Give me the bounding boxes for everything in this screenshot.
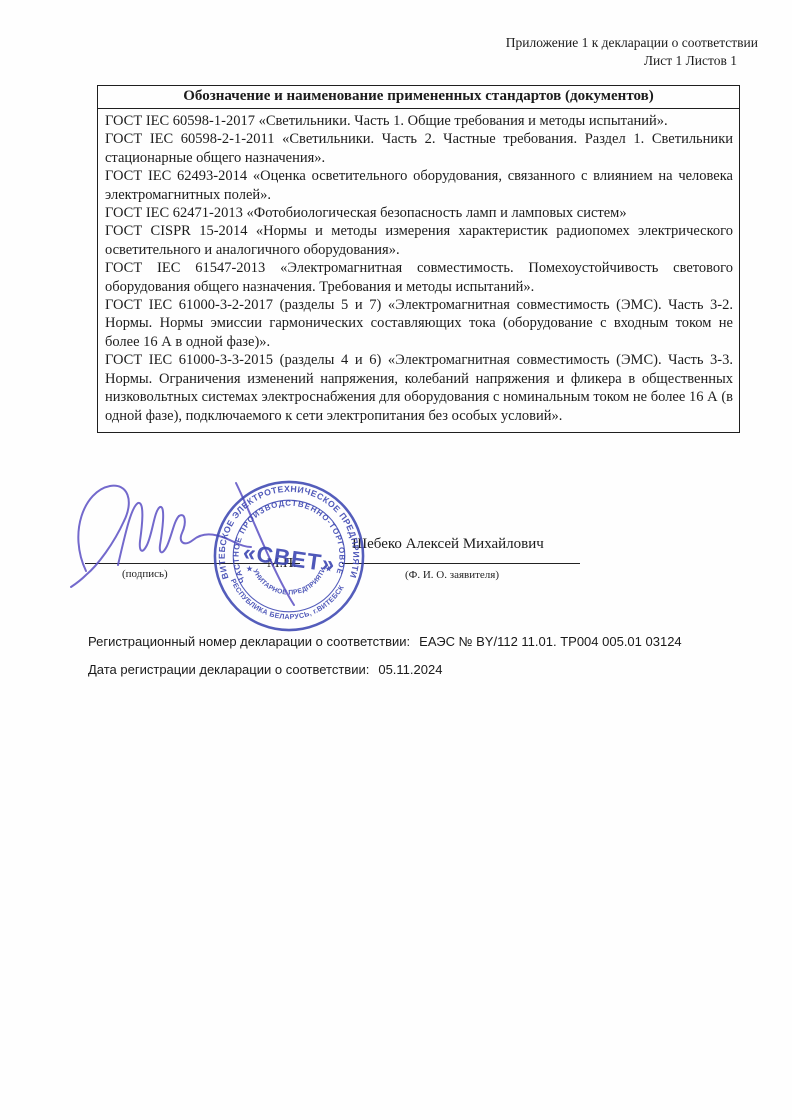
- registration-number-label: Регистрационный номер декларации о соотв…: [88, 634, 410, 649]
- document-header: Приложение 1 к декларации о соответствии…: [506, 34, 758, 69]
- svg-text:РЕСПУБЛИКА БЕЛАРУСЬ, г.ВИТЕБСК: РЕСПУБЛИКА БЕЛАРУСЬ, г.ВИТЕБСК: [229, 578, 346, 622]
- standard-item: ГОСТ IEC 60598-1-2017 «Светильники. Част…: [105, 112, 733, 130]
- standard-item: ГОСТ IEC 60598-2-1-2011 «Светильники. Ча…: [105, 130, 733, 167]
- stamp-outer-bottom-text: РЕСПУБЛИКА БЕЛАРУСЬ, г.ВИТЕБСК: [229, 578, 346, 622]
- registration-date-line: Дата регистрации декларации о соответств…: [88, 662, 442, 677]
- standard-item: ГОСТ IEC 61000-3-3-2015 (разделы 4 и 6) …: [105, 351, 733, 425]
- registration-number-value: ЕАЭС № BY/112 11.01. ТР004 005.01 03124: [419, 634, 681, 649]
- stamp-star-left-icon: ★: [246, 565, 253, 573]
- applicant-name-line: [342, 563, 580, 564]
- standard-item: ГОСТ CISPR 15-2014 «Нормы и методы измер…: [105, 222, 733, 259]
- standard-item: ГОСТ IEC 62471-2013 «Фотобиологическая б…: [105, 204, 733, 222]
- standards-table: Обозначение и наименование примененных с…: [97, 85, 740, 433]
- registration-number-line: Регистрационный номер декларации о соотв…: [88, 634, 682, 649]
- registration-date-label: Дата регистрации декларации о соответств…: [88, 662, 369, 677]
- applicant-name: Шебеко Алексей Михайлович: [352, 536, 544, 553]
- standards-table-body: ГОСТ IEC 60598-1-2017 «Светильники. Част…: [98, 109, 739, 432]
- standard-item: ГОСТ IEC 61000-3-2-2017 (разделы 5 и 7) …: [105, 296, 733, 351]
- appendix-line: Приложение 1 к декларации о соответствии: [506, 34, 758, 52]
- company-stamp: ВИТЕБСКОЕ ЭЛЕКТРОТЕХНИЧЕСКОЕ ПРЕДПРИЯТИЕ…: [210, 477, 368, 635]
- signature-block: Шебеко Алексей Михайлович (подпись) (Ф. …: [0, 470, 792, 640]
- standards-table-title: Обозначение и наименование примененных с…: [98, 86, 739, 109]
- standard-item: ГОСТ IEC 62493-2014 «Оценка осветительно…: [105, 167, 733, 204]
- stamp-ring-text: ВИТЕБСКОЕ ЭЛЕКТРОТЕХНИЧЕСКОЕ ПРЕДПРИЯТИЕ…: [210, 477, 361, 621]
- registration-date-value: 05.11.2024: [378, 662, 442, 677]
- sheet-count-line: Лист 1 Листов 1: [506, 52, 758, 70]
- fio-caption: (Ф. И. О. заявителя): [405, 569, 499, 581]
- document-page: Приложение 1 к декларации о соответствии…: [0, 0, 792, 1120]
- standard-item: ГОСТ IEC 61547-2013 «Электромагнитная со…: [105, 259, 733, 296]
